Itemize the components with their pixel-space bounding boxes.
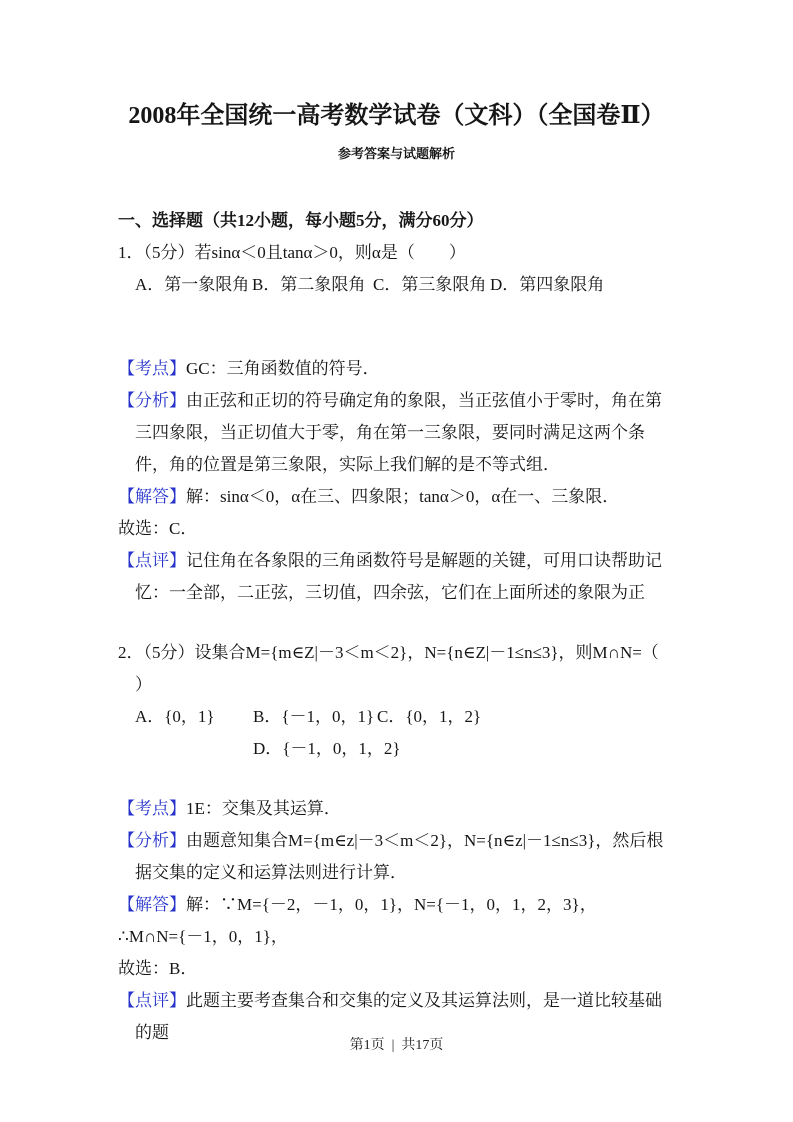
kaodian-label: 【考点】 (118, 359, 186, 378)
jieda-label: 【解答】 (118, 895, 186, 914)
kaodian-text: 1E：交集及其运算． (186, 799, 341, 818)
page-footer: 第1页|共17页 (0, 1036, 793, 1056)
question-2-fenxi: 【分析】由题意知集合M={m∈z|－3＜m＜2}，N={n∈z|－1≤n≤3}，… (118, 825, 675, 889)
question-1-kaodian: 【考点】GC：三角函数值的符号． (118, 353, 675, 385)
question-2-conclusion: 故选：B． (118, 953, 675, 985)
question-1-solution: 【考点】GC：三角函数值的符号． 【分析】由正弦和正切的符号确定角的象限，当正弦… (118, 353, 675, 609)
question-2-jieda-line2: ∴M∩N={－1，0，1}， (118, 921, 675, 953)
question-2-option-b: B．{－1，0，1} (253, 701, 377, 733)
question-2-solution: 【考点】1E：交集及其运算． 【分析】由题意知集合M={m∈z|－3＜m＜2}，… (118, 793, 675, 1049)
footer-separator: | (385, 1038, 402, 1053)
question-2-kaodian: 【考点】1E：交集及其运算． (118, 793, 675, 825)
dianping-label: 【点评】 (118, 991, 186, 1010)
question-2-option-d: D．{－1，0，1，2} (253, 733, 401, 765)
question-1-conclusion: 故选：C． (118, 513, 675, 545)
dianping-text: 此题主要考查集合和交集的定义及其运算法则，是一道比较基础的题 (135, 991, 662, 1042)
question-2-options-row-1: A．{0，1}B．{－1，0，1}C．{0，1，2} (135, 701, 675, 733)
question-2: 2．（5分）设集合M={m∈Z|－3＜m＜2}，N={n∈Z|－1≤n≤3}，则… (118, 637, 675, 1049)
question-2-stem-continuation: ） (118, 669, 675, 701)
question-2-option-a: A．{0，1} (135, 701, 253, 733)
question-1-option-a: A．第一象限角 (135, 269, 252, 301)
fenxi-label: 【分析】 (118, 831, 186, 850)
question-1: 1．（5分）若sinα＜0且tanα＞0，则α是（ ） A．第一象限角B．第二象… (118, 237, 675, 609)
jieda-text: 解：sinα＜0，α在三、四象限；tanα＞0，α在一、三象限． (186, 487, 619, 506)
document-page: 2008年全国统一高考数学试卷（文科）（全国卷Ⅱ） 参考答案与试题解析 一、选择… (0, 0, 793, 1122)
footer-total-pages: 共17页 (401, 1038, 443, 1053)
footer-page-number: 第1页 (350, 1038, 385, 1053)
question-1-options: A．第一象限角B．第二象限角C．第三象限角D．第四象限角 (135, 269, 675, 301)
question-1-fenxi: 【分析】由正弦和正切的符号确定角的象限，当正弦值小于零时，角在第三四象限，当正切… (118, 385, 675, 481)
dianping-label: 【点评】 (118, 551, 186, 570)
dianping-text: 记住角在各象限的三角函数符号是解题的关键，可用口诀帮助记忆：一全部，二正弦，三切… (135, 551, 662, 602)
question-1-option-c: C．第三象限角 (373, 269, 490, 301)
kaodian-text: GC：三角函数值的符号． (186, 359, 380, 378)
question-1-jieda: 【解答】解：sinα＜0，α在三、四象限；tanα＞0，α在一、三象限． (118, 481, 675, 513)
document-subtitle: 参考答案与试题解析 (118, 145, 675, 163)
question-1-stem: 1．（5分）若sinα＜0且tanα＞0，则α是（ ） (118, 237, 675, 269)
question-2-jieda: 【解答】解：∵M={－2，－1，0，1}，N={－1，0，1，2，3}， (118, 889, 675, 921)
question-1-option-d: D．第四象限角 (490, 269, 604, 301)
question-2-stem: 2．（5分）设集合M={m∈Z|－3＜m＜2}，N={n∈Z|－1≤n≤3}，则… (118, 637, 675, 669)
document-title: 2008年全国统一高考数学试卷（文科）（全国卷Ⅱ） (118, 100, 675, 132)
kaodian-label: 【考点】 (118, 799, 186, 818)
question-1-option-b: B．第二象限角 (252, 269, 373, 301)
section-heading: 一、选择题（共12小题，每小题5分，满分60分） (118, 205, 675, 237)
jieda-text: 解：∵M={－2，－1，0，1}，N={－1，0，1，2，3}， (186, 895, 597, 914)
question-2-option-c: C．{0，1，2} (377, 701, 481, 733)
fenxi-text: 由题意知集合M={m∈z|－3＜m＜2}，N={n∈z|－1≤n≤3}，然后根据… (135, 831, 663, 882)
fenxi-text: 由正弦和正切的符号确定角的象限，当正弦值小于零时，角在第三四象限，当正切值大于零… (135, 391, 662, 474)
question-2-options-row-2: D．{－1，0，1，2} (135, 733, 675, 765)
question-1-dianping: 【点评】记住角在各象限的三角函数符号是解题的关键，可用口诀帮助记忆：一全部，二正… (118, 545, 675, 609)
jieda-label: 【解答】 (118, 487, 186, 506)
document-content: 2008年全国统一高考数学试卷（文科）（全国卷Ⅱ） 参考答案与试题解析 一、选择… (118, 0, 675, 1049)
fenxi-label: 【分析】 (118, 391, 186, 410)
